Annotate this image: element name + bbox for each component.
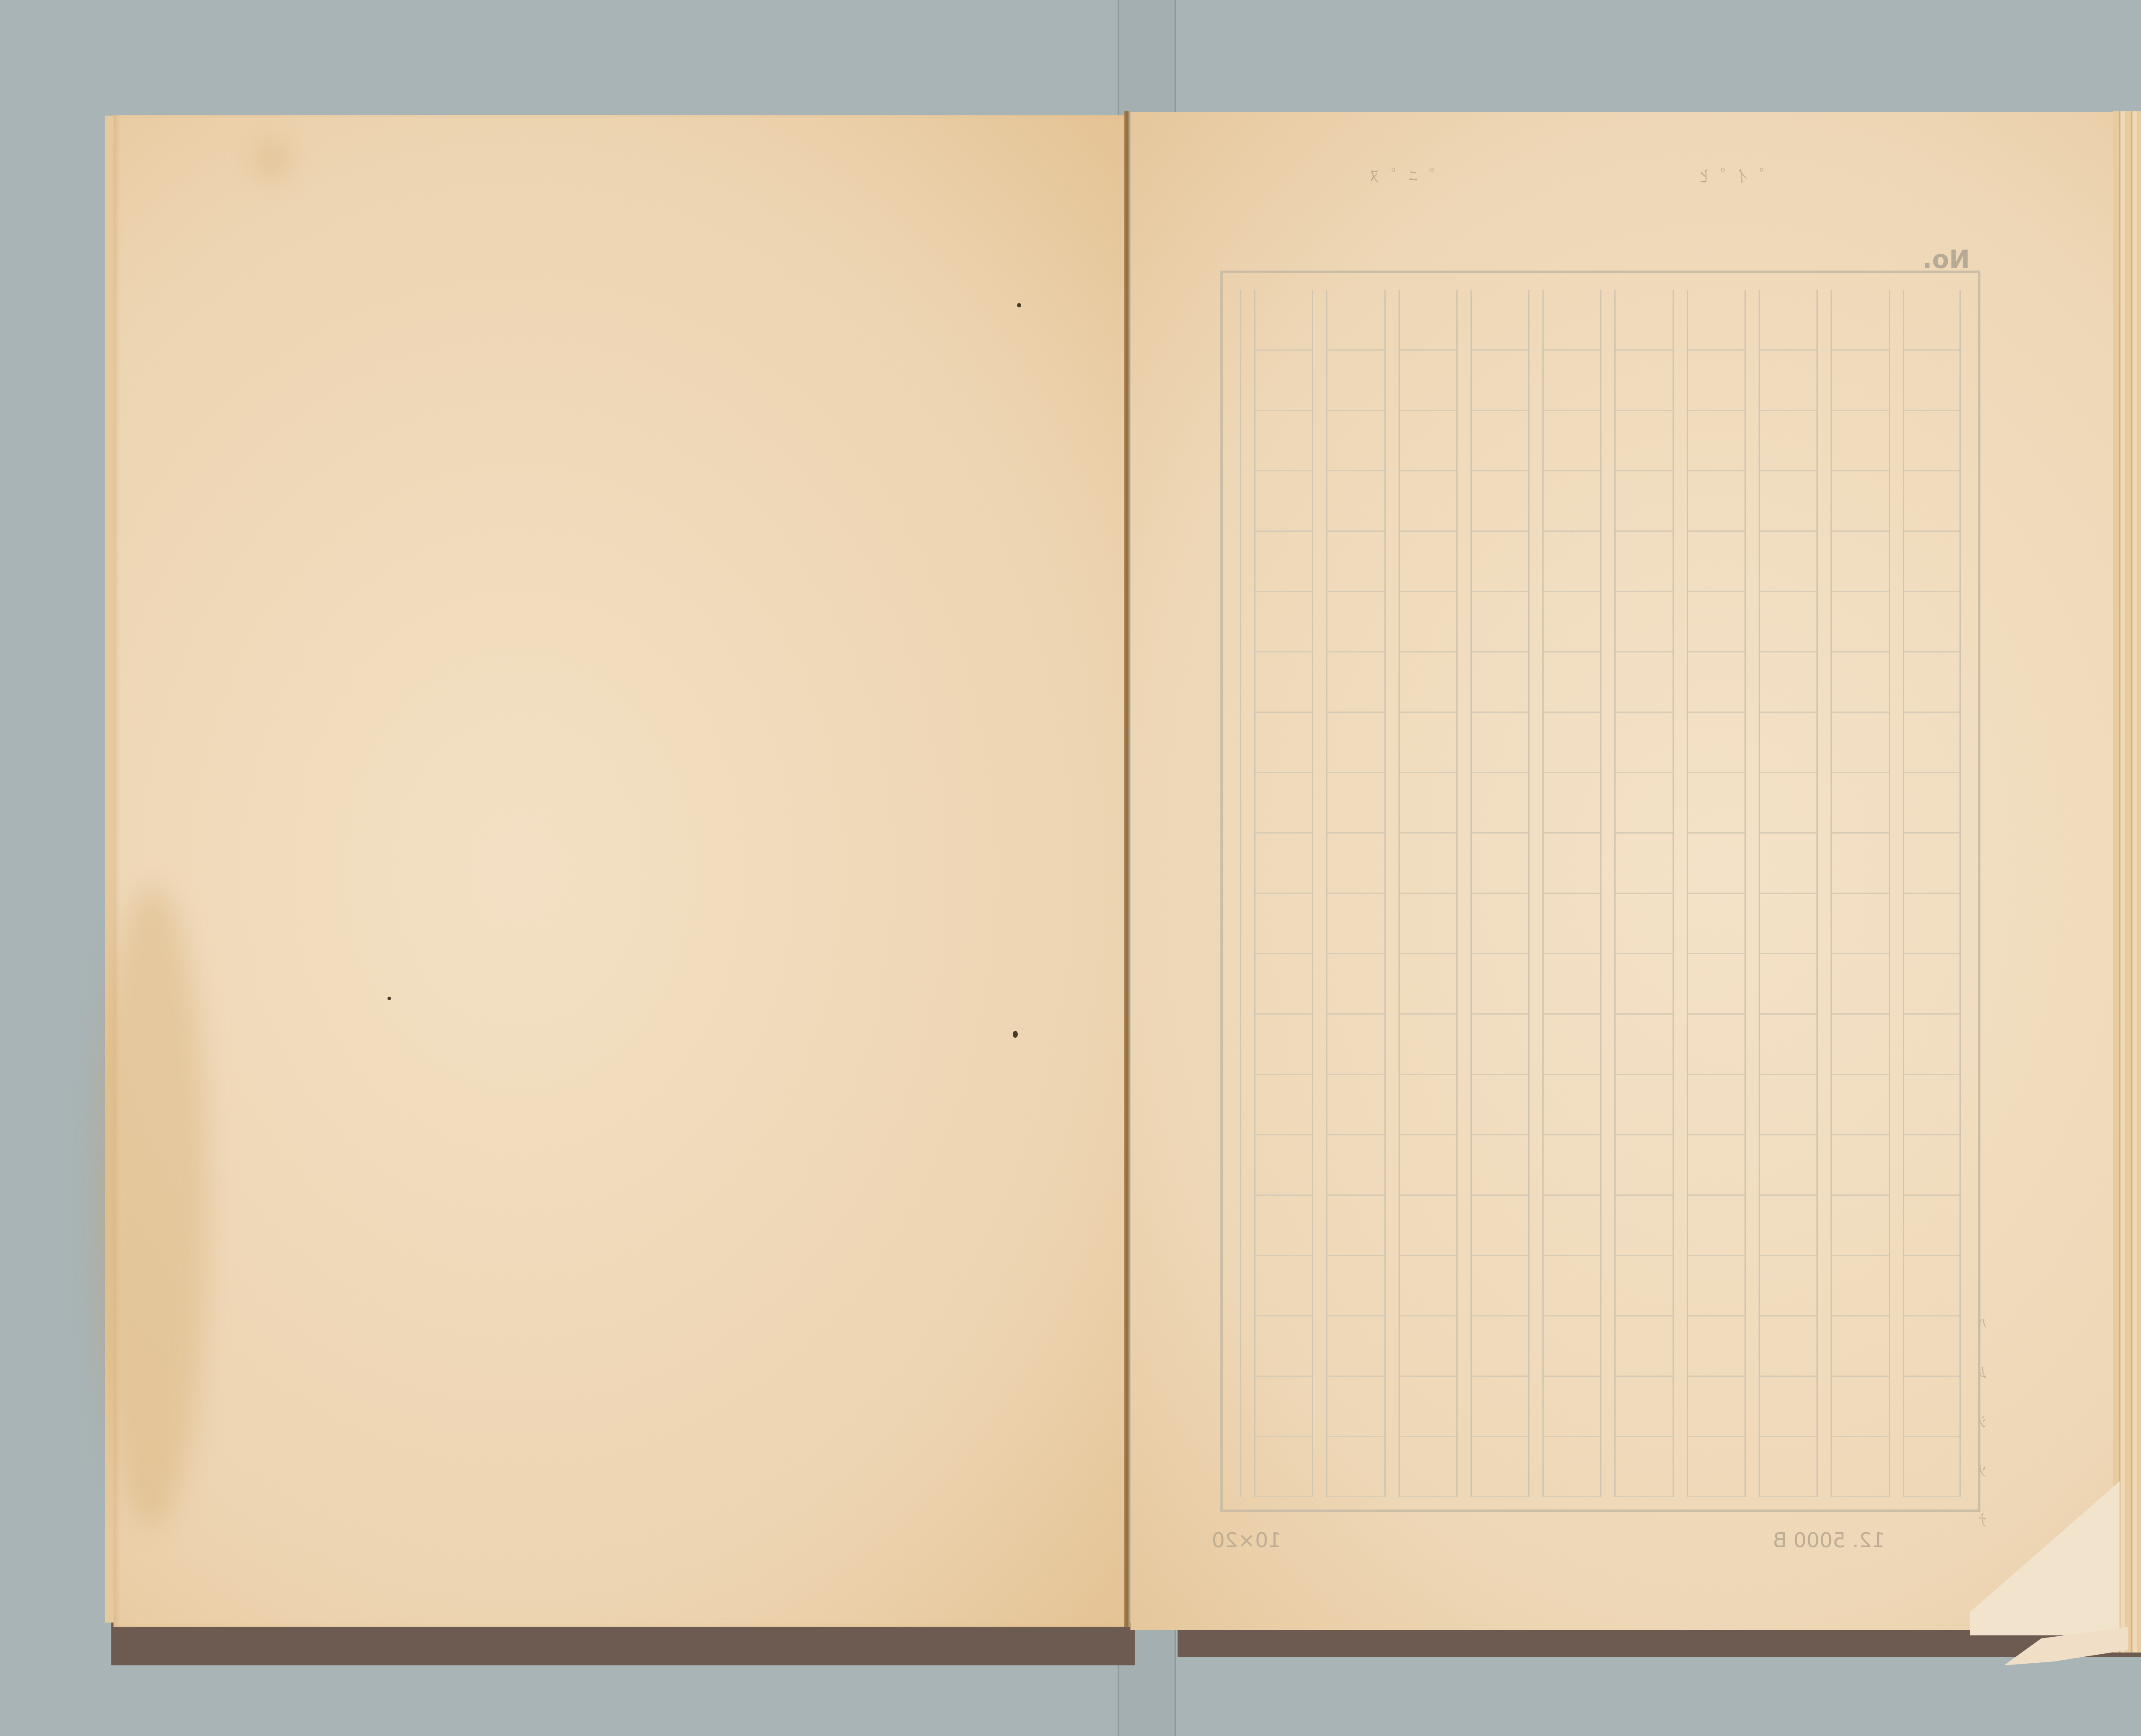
paper-speck <box>1017 303 1021 307</box>
grid-column <box>1528 290 1600 1497</box>
top-mark-left: ﾟﾆ ﾟﾇ <box>1362 163 1434 187</box>
left-page <box>113 115 1126 1627</box>
page-shadow-left <box>111 1623 1135 1665</box>
manuscript-grid <box>1220 271 1980 1512</box>
side-mark: ﾊ <box>1978 1310 1986 1334</box>
paper-speck <box>388 997 391 1000</box>
foxing-spot <box>255 140 289 179</box>
side-mark: ﾅ <box>1978 1507 1986 1531</box>
print-code-label: 12. 5000 B <box>1773 1528 1885 1552</box>
grid-column <box>1816 290 1888 1497</box>
grid-column <box>1673 290 1744 1497</box>
top-mark-right: ﾟｲ ﾟﾋ <box>1691 163 1764 187</box>
number-label: No. <box>1923 245 1970 274</box>
grid-column <box>1889 290 1961 1497</box>
grid-column <box>1240 290 1312 1497</box>
grid-size-label: 10×20 <box>1212 1528 1281 1552</box>
side-mark: ｼ <box>1978 1408 1986 1432</box>
grid-column <box>1312 290 1384 1497</box>
side-mark: ｿ <box>1978 1458 1986 1481</box>
grid-column <box>1384 290 1456 1497</box>
page-block-edges <box>2113 111 2141 1653</box>
grid-column <box>1744 290 1816 1497</box>
side-marks: ﾊ ﾑ ｼ ｿ ﾅ <box>1978 1310 1986 1531</box>
paper-speck <box>1013 1031 1018 1038</box>
book-gutter <box>1124 111 1130 1627</box>
grid-column <box>1600 290 1672 1497</box>
water-stain <box>96 885 208 1528</box>
side-mark: ﾑ <box>1978 1359 1986 1383</box>
grid-column <box>1456 290 1528 1497</box>
grid-columns <box>1240 290 1961 1497</box>
